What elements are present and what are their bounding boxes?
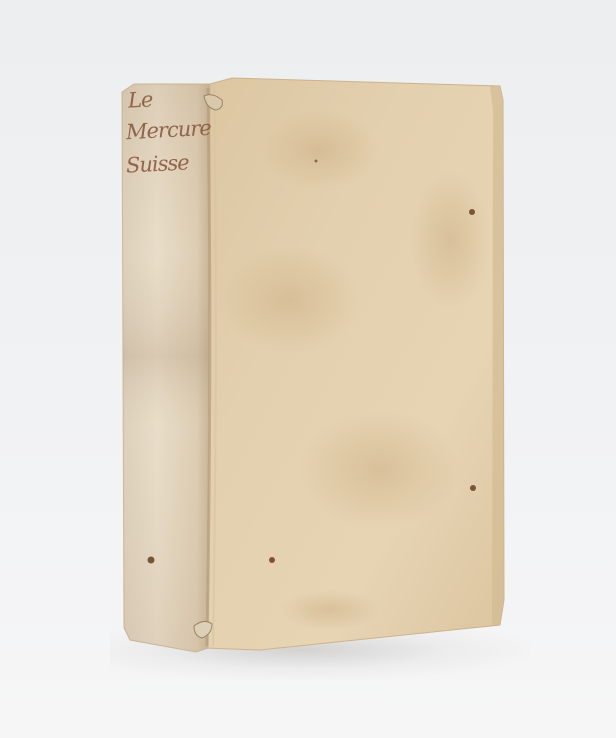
spine-title-line-1: Le [127, 87, 153, 112]
spine-title-line-3: Suisse [125, 150, 189, 177]
vellum-book: Le Mercure Suisse [0, 0, 616, 738]
spine-title-line-2: Mercure [125, 116, 211, 144]
book-illustration [0, 0, 616, 738]
